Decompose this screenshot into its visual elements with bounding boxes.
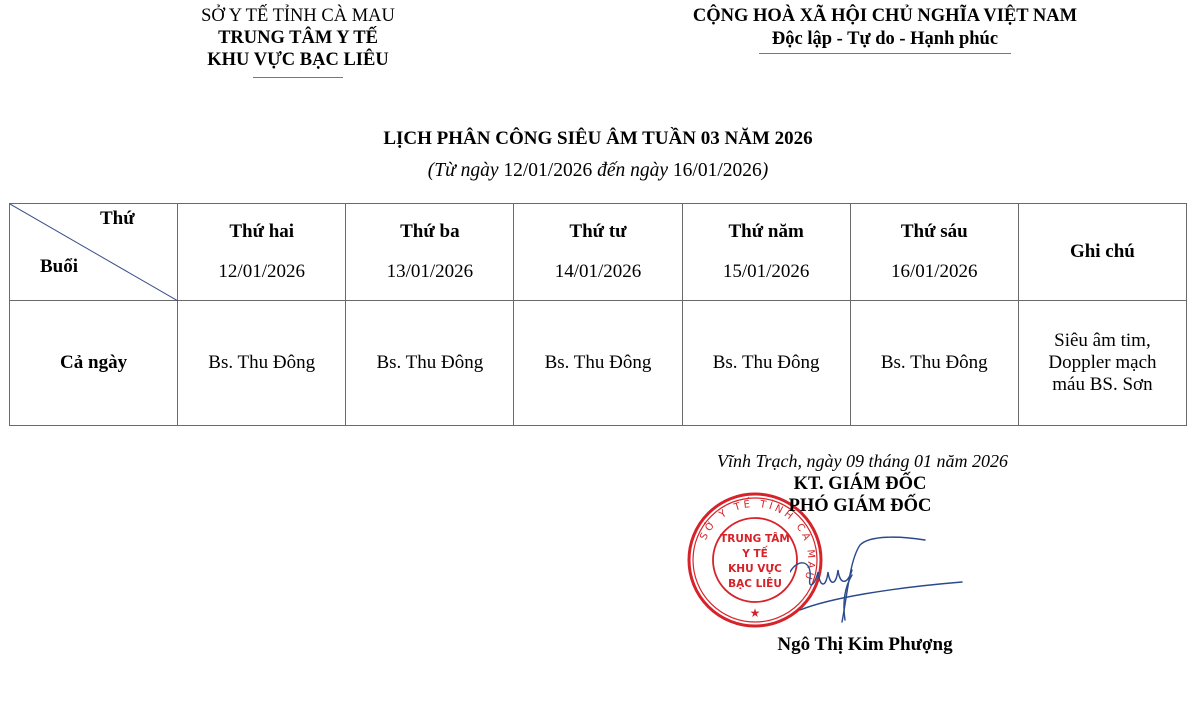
signer-title-line2: PHÓ GIÁM ĐỐC bbox=[700, 496, 1020, 517]
national-motto-header: CỘNG HOÀ XÃ HỘI CHỦ NGHĨA VIỆT NAM Độc l… bbox=[650, 5, 1120, 54]
subtitle-middle: đến ngày bbox=[592, 160, 673, 181]
corner-header-cell: Thứ Buổi bbox=[10, 204, 178, 301]
svg-text:BẠC LIÊU: BẠC LIÊU bbox=[728, 577, 782, 590]
assignment-cell: Bs. Thu Đông bbox=[346, 301, 514, 426]
day-header-tuesday: Thứ ba13/01/2026 bbox=[346, 204, 514, 301]
session-cell: Cả ngày bbox=[10, 301, 178, 426]
note-cell: Siêu âm tim, Doppler mạch máu BS. Sơn bbox=[1018, 301, 1186, 426]
agency-parent: SỞ Y TẾ TỈNH CÀ MAU bbox=[148, 5, 448, 27]
subtitle-prefix: (Từ ngày bbox=[428, 160, 504, 181]
country-name: CỘNG HOÀ XÃ HỘI CHỦ NGHĨA VIỆT NAM bbox=[650, 5, 1120, 28]
issuing-agency-header: SỞ Y TẾ TỈNH CÀ MAU TRUNG TÂM Y TẾ KHU V… bbox=[148, 5, 448, 78]
agency-name-line1: TRUNG TÂM Y TẾ bbox=[148, 27, 448, 49]
subtitle-suffix: ) bbox=[762, 160, 769, 181]
place-and-date: Vĩnh Trạch, ngày 09 tháng 01 năm 2026 bbox=[640, 451, 1085, 472]
table-header-row: Thứ Buổi Thứ hai12/01/2026 Thứ ba13/01/2… bbox=[10, 204, 1187, 301]
day-header-friday: Thứ sáu16/01/2026 bbox=[850, 204, 1018, 301]
signer-title-line1: KT. GIÁM ĐỐC bbox=[700, 474, 1020, 495]
svg-text:KHU VỰC: KHU VỰC bbox=[728, 563, 782, 575]
svg-text:★: ★ bbox=[750, 606, 761, 620]
svg-text:Y TẾ: Y TẾ bbox=[741, 545, 768, 560]
svg-text:TRUNG TÂM: TRUNG TÂM bbox=[720, 532, 790, 545]
day-header-monday: Thứ hai12/01/2026 bbox=[178, 204, 346, 301]
subtitle-start-date: 12/01/2026 bbox=[503, 160, 592, 181]
diagonal-divider bbox=[10, 204, 178, 301]
subtitle-end-date: 16/01/2026 bbox=[673, 160, 762, 181]
assignment-cell: Bs. Thu Đông bbox=[178, 301, 346, 426]
corner-label-day: Thứ bbox=[100, 208, 135, 230]
document-title: LỊCH PHÂN CÔNG SIÊU ÂM TUẦN 03 NĂM 2026 bbox=[250, 128, 946, 150]
handwritten-signature-icon bbox=[790, 530, 970, 625]
motto-underline bbox=[759, 53, 1011, 54]
schedule-table: Thứ Buổi Thứ hai12/01/2026 Thứ ba13/01/2… bbox=[9, 203, 1187, 426]
day-header-wednesday: Thứ tư14/01/2026 bbox=[514, 204, 682, 301]
table-row: Cả ngày Bs. Thu Đông Bs. Thu Đông Bs. Th… bbox=[10, 301, 1187, 426]
agency-underline bbox=[253, 77, 343, 78]
document-subtitle: (Từ ngày 12/01/2026 đến ngày 16/01/2026) bbox=[250, 160, 946, 182]
day-header-thursday: Thứ năm15/01/2026 bbox=[682, 204, 850, 301]
corner-label-session: Buổi bbox=[40, 256, 78, 278]
signer-name: Ngô Thị Kim Phượng bbox=[700, 634, 1030, 656]
motto: Độc lập - Tự do - Hạnh phúc bbox=[650, 28, 1120, 51]
assignment-cell: Bs. Thu Đông bbox=[850, 301, 1018, 426]
assignment-cell: Bs. Thu Đông bbox=[682, 301, 850, 426]
agency-name-line2: KHU VỰC BẠC LIÊU bbox=[148, 49, 448, 71]
note-header: Ghi chú bbox=[1018, 204, 1186, 301]
assignment-cell: Bs. Thu Đông bbox=[514, 301, 682, 426]
